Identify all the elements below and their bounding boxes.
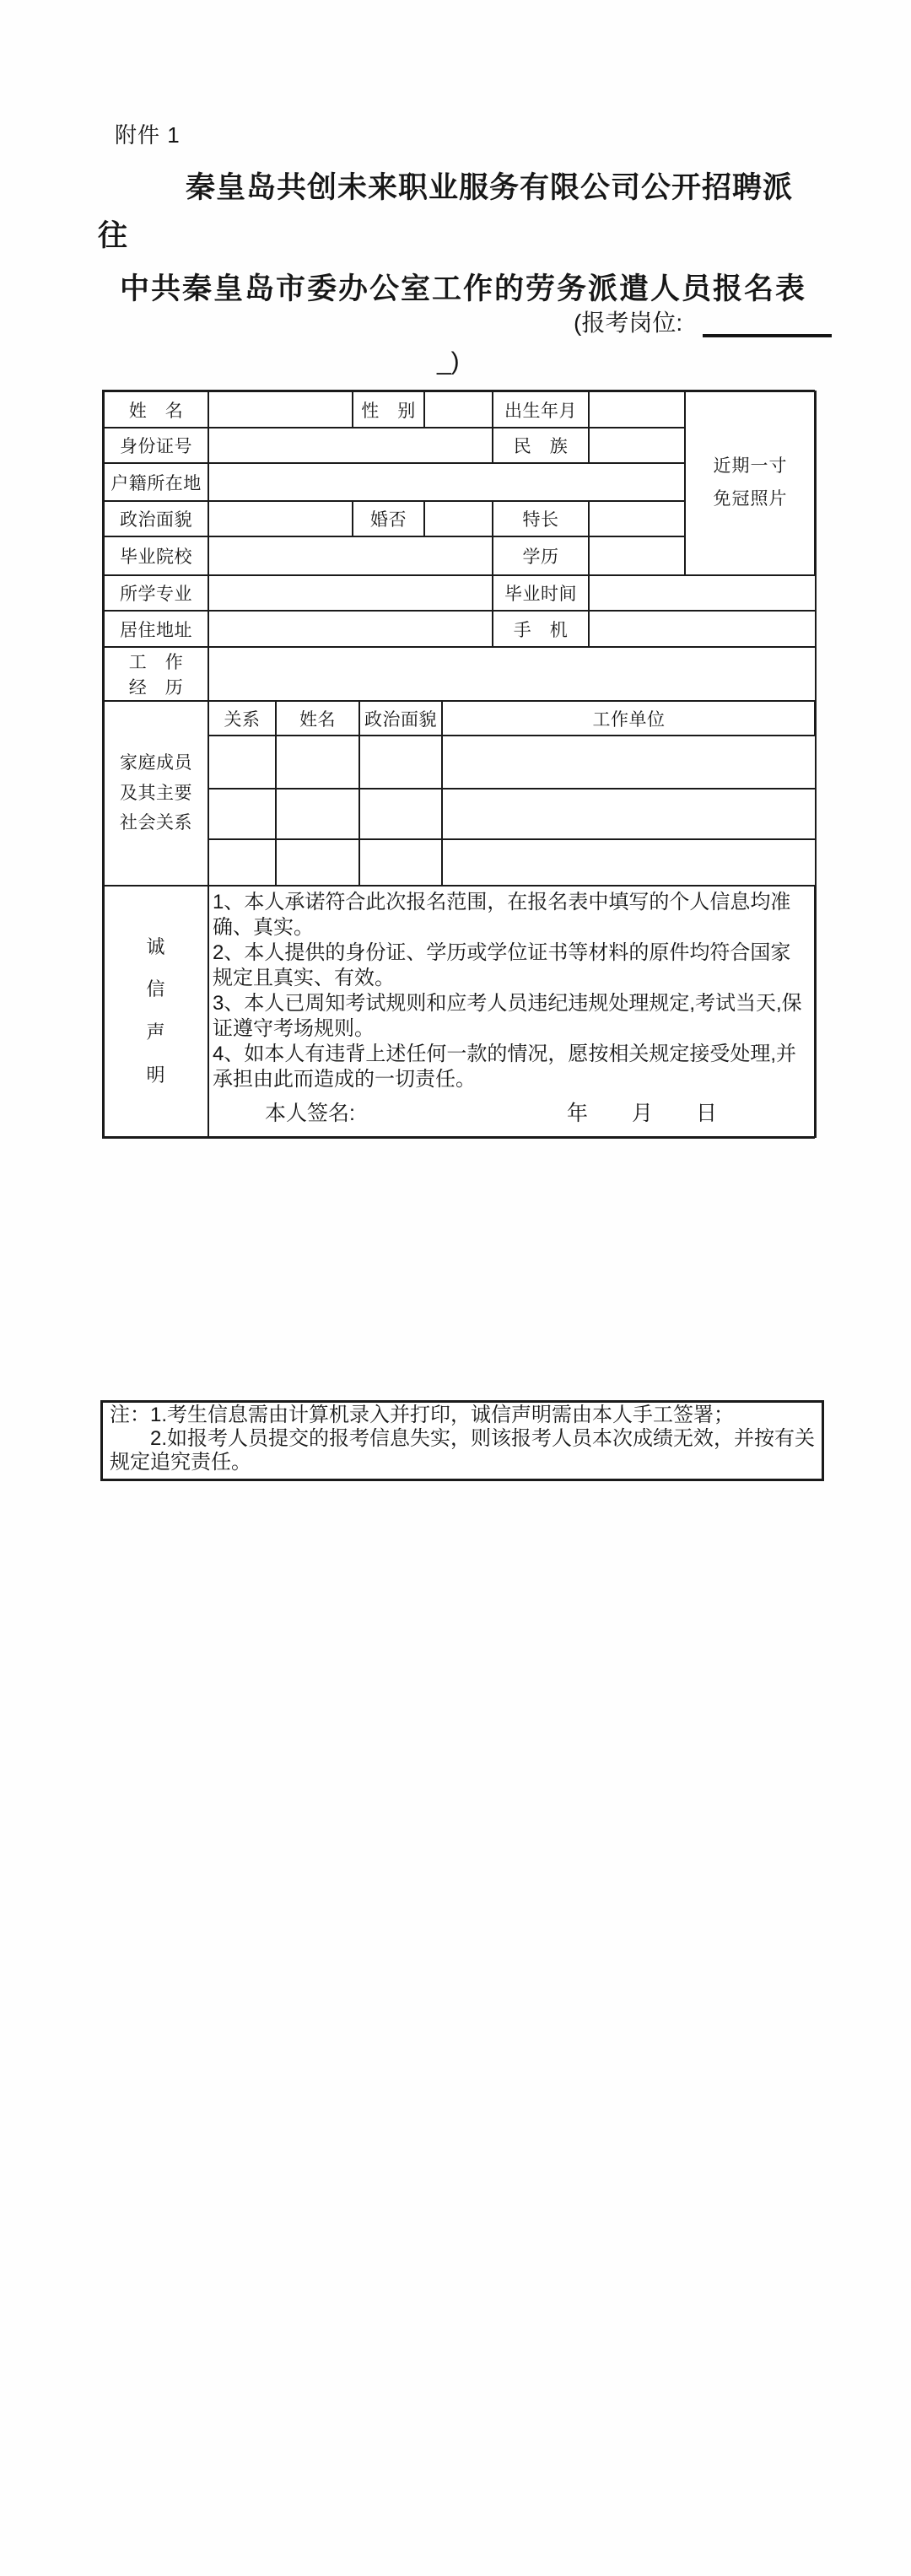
position-close-paren: _) xyxy=(437,348,460,376)
family-header-row: 家庭成员 及其主要 社会关系 关系 姓名 政治面貌 工作单位 xyxy=(104,701,816,736)
work-experience-label-line-2: 经 历 xyxy=(106,674,206,699)
family-label-line-3: 社会关系 xyxy=(105,808,208,838)
declaration-item-1: 1、本人承诺符合此次报名范围，在报名表中填写的个人信息均准确、真实。 xyxy=(213,890,810,940)
row-major: 所学专业 毕业时间 xyxy=(104,575,816,611)
family-row-3 xyxy=(104,839,816,886)
name-value-cell xyxy=(208,391,353,428)
integrity-label-char-4: 明 xyxy=(105,1054,208,1097)
family-members-table: 家庭成员 及其主要 社会关系 关系 姓名 政治面貌 工作单位 xyxy=(103,700,817,887)
marital-value-cell xyxy=(424,501,493,536)
position-blank-underline xyxy=(703,334,832,337)
note-box: 注：1.考生信息需由计算机录入并打印，诚信声明需由本人手工签署； 2.如报考人员… xyxy=(100,1400,824,1481)
family-row2-political-cell xyxy=(359,789,442,839)
birth-date-value-cell xyxy=(589,391,685,428)
address-value-cell xyxy=(208,611,493,647)
graduation-time-value-cell xyxy=(589,575,816,611)
row-work-experience: 工 作 经 历 xyxy=(104,647,816,701)
family-row2-name-cell xyxy=(276,789,359,839)
declaration-item-4: 4、如本人有违背上述任何一款的情况，愿按相关规定接受处理,并承担由此而造成的一切… xyxy=(213,1042,810,1092)
integrity-declaration-table: 诚 信 声 明 1、本人承诺符合此次报名范围，在报名表中填写的个人信息均准确、真… xyxy=(103,885,817,1138)
note-line-1: 注：1.考生信息需由计算机录入并打印，诚信声明需由本人手工签署； xyxy=(110,1404,817,1427)
family-row2-work-unit-cell xyxy=(442,789,816,839)
school-value-cell xyxy=(208,536,493,575)
label-ethnicity: 民 族 xyxy=(493,428,589,463)
document-title-line-3: 中共秦皇岛市委办公室工作的劳务派遣人员报名表 xyxy=(120,266,806,308)
family-row1-relation-cell xyxy=(208,736,276,789)
mobile-value-cell xyxy=(589,611,816,647)
attachment-label: 附件 1 xyxy=(115,118,181,149)
label-marital: 婚否 xyxy=(353,501,424,536)
photo-note-line-2: 免冠照片 xyxy=(686,483,815,516)
family-row-1 xyxy=(104,736,816,789)
label-family-members: 家庭成员 及其主要 社会关系 xyxy=(104,701,208,886)
label-political-status: 政治面貌 xyxy=(104,501,208,536)
family-row1-name-cell xyxy=(276,736,359,789)
family-row-2 xyxy=(104,789,816,839)
family-row3-work-unit-cell xyxy=(442,839,816,886)
label-birth-date: 出生年月 xyxy=(493,391,589,428)
label-graduation-time: 毕业时间 xyxy=(493,575,589,611)
declaration-item-2: 2、本人提供的身份证、学历或学位证书等材料的原件均符合国家规定且真实、有效。 xyxy=(213,940,810,991)
family-header-work-unit: 工作单位 xyxy=(442,701,816,736)
family-row1-political-cell xyxy=(359,736,442,789)
specialty-value-cell xyxy=(589,501,685,536)
document-page: 附件 1 秦皇岛共创未来职业服务有限公司公开招聘派 往 中共秦皇岛市委办公室工作… xyxy=(0,0,911,2576)
work-experience-label-line-1: 工 作 xyxy=(106,649,206,674)
id-number-value-cell xyxy=(208,428,493,463)
label-name: 姓 名 xyxy=(104,391,208,428)
ethnicity-value-cell xyxy=(589,428,685,463)
row-name: 姓 名 性 别 出生年月 近期一寸 免冠照片 xyxy=(104,391,816,428)
signature-month-label: 月 xyxy=(632,1101,653,1126)
family-header-name: 姓名 xyxy=(276,701,359,736)
label-gender: 性 别 xyxy=(353,391,424,428)
label-work-experience: 工 作 经 历 xyxy=(104,647,208,701)
family-label-line-2: 及其主要 xyxy=(105,779,208,809)
declaration-item-3: 3、本人已周知考试规则和应考人员违纪违规处理规定,考试当天,保证遵守考场规则。 xyxy=(213,991,810,1042)
integrity-declaration-content: 1、本人承诺符合此次报名范围，在报名表中填写的个人信息均准确、真实。 2、本人提… xyxy=(208,886,816,1137)
integrity-label-char-1: 诚 xyxy=(105,926,208,969)
row-address: 居住地址 手 机 xyxy=(104,611,816,647)
signature-label: 本人签名: xyxy=(265,1101,355,1126)
integrity-label-char-3: 声 xyxy=(105,1011,208,1054)
family-header-relation: 关系 xyxy=(208,701,276,736)
education-value-cell xyxy=(589,536,685,575)
label-id-number: 身份证号 xyxy=(104,428,208,463)
document-title-line-2: 往 xyxy=(98,213,127,255)
personal-info-table: 姓 名 性 别 出生年月 近期一寸 免冠照片 身份证号 民 族 户籍所在地 xyxy=(103,391,817,702)
label-address: 居住地址 xyxy=(104,611,208,647)
document-title-line-1: 秦皇岛共创未来职业服务有限公司公开招聘派 xyxy=(186,164,793,207)
label-education: 学历 xyxy=(493,536,589,575)
family-row3-name-cell xyxy=(276,839,359,886)
family-row2-relation-cell xyxy=(208,789,276,839)
family-header-political-status: 政治面貌 xyxy=(359,701,442,736)
photo-placeholder-cell: 近期一寸 免冠照片 xyxy=(685,391,816,575)
application-form-table: 姓 名 性 别 出生年月 近期一寸 免冠照片 身份证号 民 族 户籍所在地 xyxy=(102,390,815,1139)
label-school: 毕业院校 xyxy=(104,536,208,575)
gender-value-cell xyxy=(424,391,493,428)
label-mobile: 手 机 xyxy=(493,611,589,647)
work-experience-value-cell xyxy=(208,647,816,701)
photo-note-line-1: 近期一寸 xyxy=(686,450,815,483)
label-household: 户籍所在地 xyxy=(104,463,208,501)
family-label-line-1: 家庭成员 xyxy=(105,748,208,779)
signature-row: 本人签名: 年 月 日 xyxy=(213,1101,810,1131)
signature-day-label: 日 xyxy=(696,1101,717,1126)
family-row1-work-unit-cell xyxy=(442,736,816,789)
signature-year-label: 年 xyxy=(567,1101,588,1126)
integrity-label-char-2: 信 xyxy=(105,968,208,1011)
household-value-cell xyxy=(208,463,685,501)
integrity-declaration-row: 诚 信 声 明 1、本人承诺符合此次报名范围，在报名表中填写的个人信息均准确、真… xyxy=(104,886,816,1137)
family-row3-relation-cell xyxy=(208,839,276,886)
political-status-value-cell xyxy=(208,501,353,536)
family-row3-political-cell xyxy=(359,839,442,886)
label-integrity-declaration: 诚 信 声 明 xyxy=(104,886,208,1137)
major-value-cell xyxy=(208,575,493,611)
label-major: 所学专业 xyxy=(104,575,208,611)
position-field-label: (报考岗位: xyxy=(574,304,682,338)
label-specialty: 特长 xyxy=(493,501,589,536)
note-line-2: 2.如报考人员提交的报考信息失实，则该报考人员本次成绩无效，并按有关规定追究责任… xyxy=(110,1427,817,1474)
